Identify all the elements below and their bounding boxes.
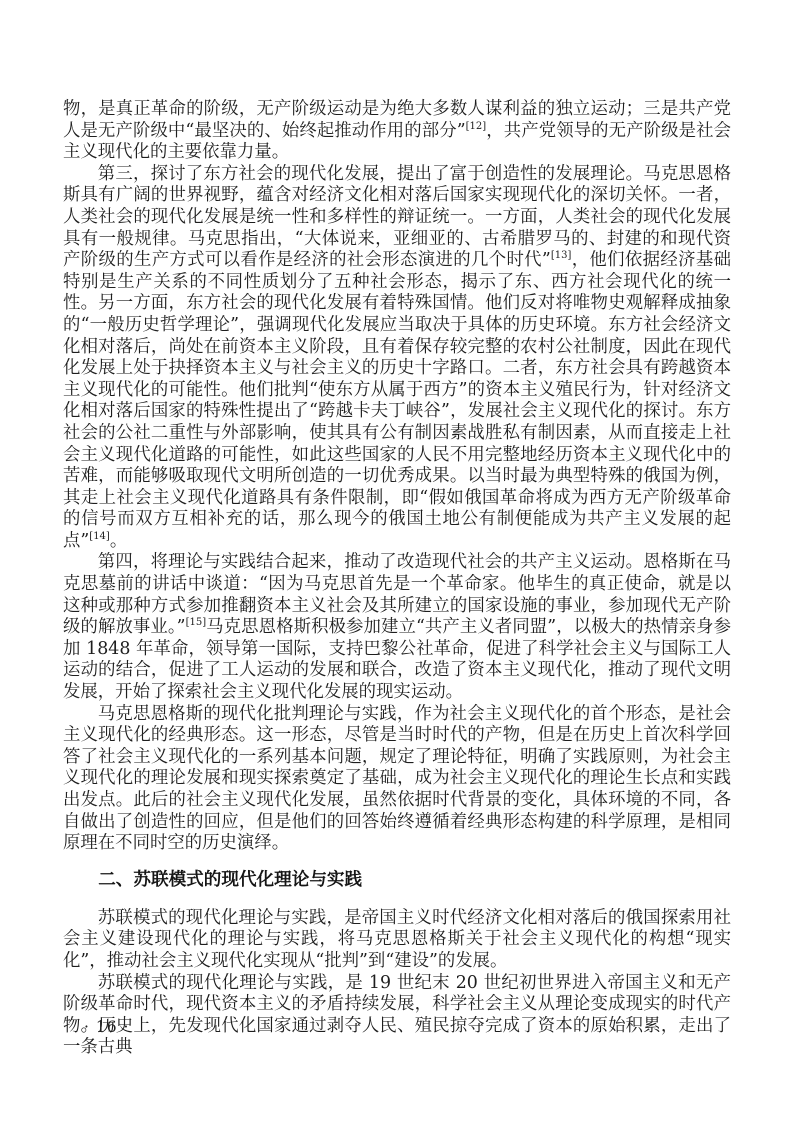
- citation-ref-14: [14]: [89, 531, 110, 542]
- page-number: · 16 ·: [84, 1018, 129, 1036]
- paragraph-text: 苏联模式的现代化理论与实践，是 19 世纪末 20 世纪初世界进入帝国主义和无产…: [63, 973, 731, 1058]
- paragraph-soviet-model-intro: 苏联模式的现代化理论与实践，是帝国主义时代经济文化相对落后的俄国探索用社会主义建…: [63, 908, 731, 973]
- paragraph-fourth-point: 第四，将理论与实践结合起来，推动了改造现代社会的共产主义运动。恩格斯在马克思墓前…: [63, 552, 731, 703]
- section-heading: 二、苏联模式的现代化理论与实践: [63, 868, 731, 892]
- document-page: 物，是真正革命的阶级，无产阶级运动是为绝大多数人谋利益的独立运动；三是共产党人是…: [0, 0, 793, 1122]
- text-body: 物，是真正革命的阶级，无产阶级运动是为绝大多数人谋利益的独立运动；三是共产党人是…: [63, 99, 731, 1059]
- paragraph-text: 苏联模式的现代化理论与实践，是帝国主义时代经济文化相对落后的俄国探索用社会主义建…: [63, 908, 731, 971]
- citation-ref-12: [12]: [466, 121, 487, 132]
- citation-ref-13: [13]: [551, 250, 572, 261]
- paragraph-continuation: 物，是真正革命的阶级，无产阶级运动是为绝大多数人谋利益的独立运动；三是共产党人是…: [63, 99, 731, 164]
- paragraph-soviet-model-context: 苏联模式的现代化理论与实践，是 19 世纪末 20 世纪初世界进入帝国主义和无产…: [63, 973, 731, 1059]
- paragraph-text: 。: [110, 531, 127, 551]
- paragraph-summary: 马克思恩格斯的现代化批判理论与实践，作为社会主义现代化的首个形态，是社会主义现代…: [63, 704, 731, 855]
- paragraph-text: ，他们依据经济基础特别是生产关系的不同性质划分了五种社会形态，揭示了东、西方社会…: [63, 250, 731, 551]
- paragraph-third-point: 第三，探讨了东方社会的现代化发展，提出了富于创造性的发展理论。马克思恩格斯具有广…: [63, 164, 731, 553]
- citation-ref-15: [15]: [186, 617, 207, 628]
- paragraph-text: 马克思恩格斯的现代化批判理论与实践，作为社会主义现代化的首个形态，是社会主义现代…: [63, 704, 731, 854]
